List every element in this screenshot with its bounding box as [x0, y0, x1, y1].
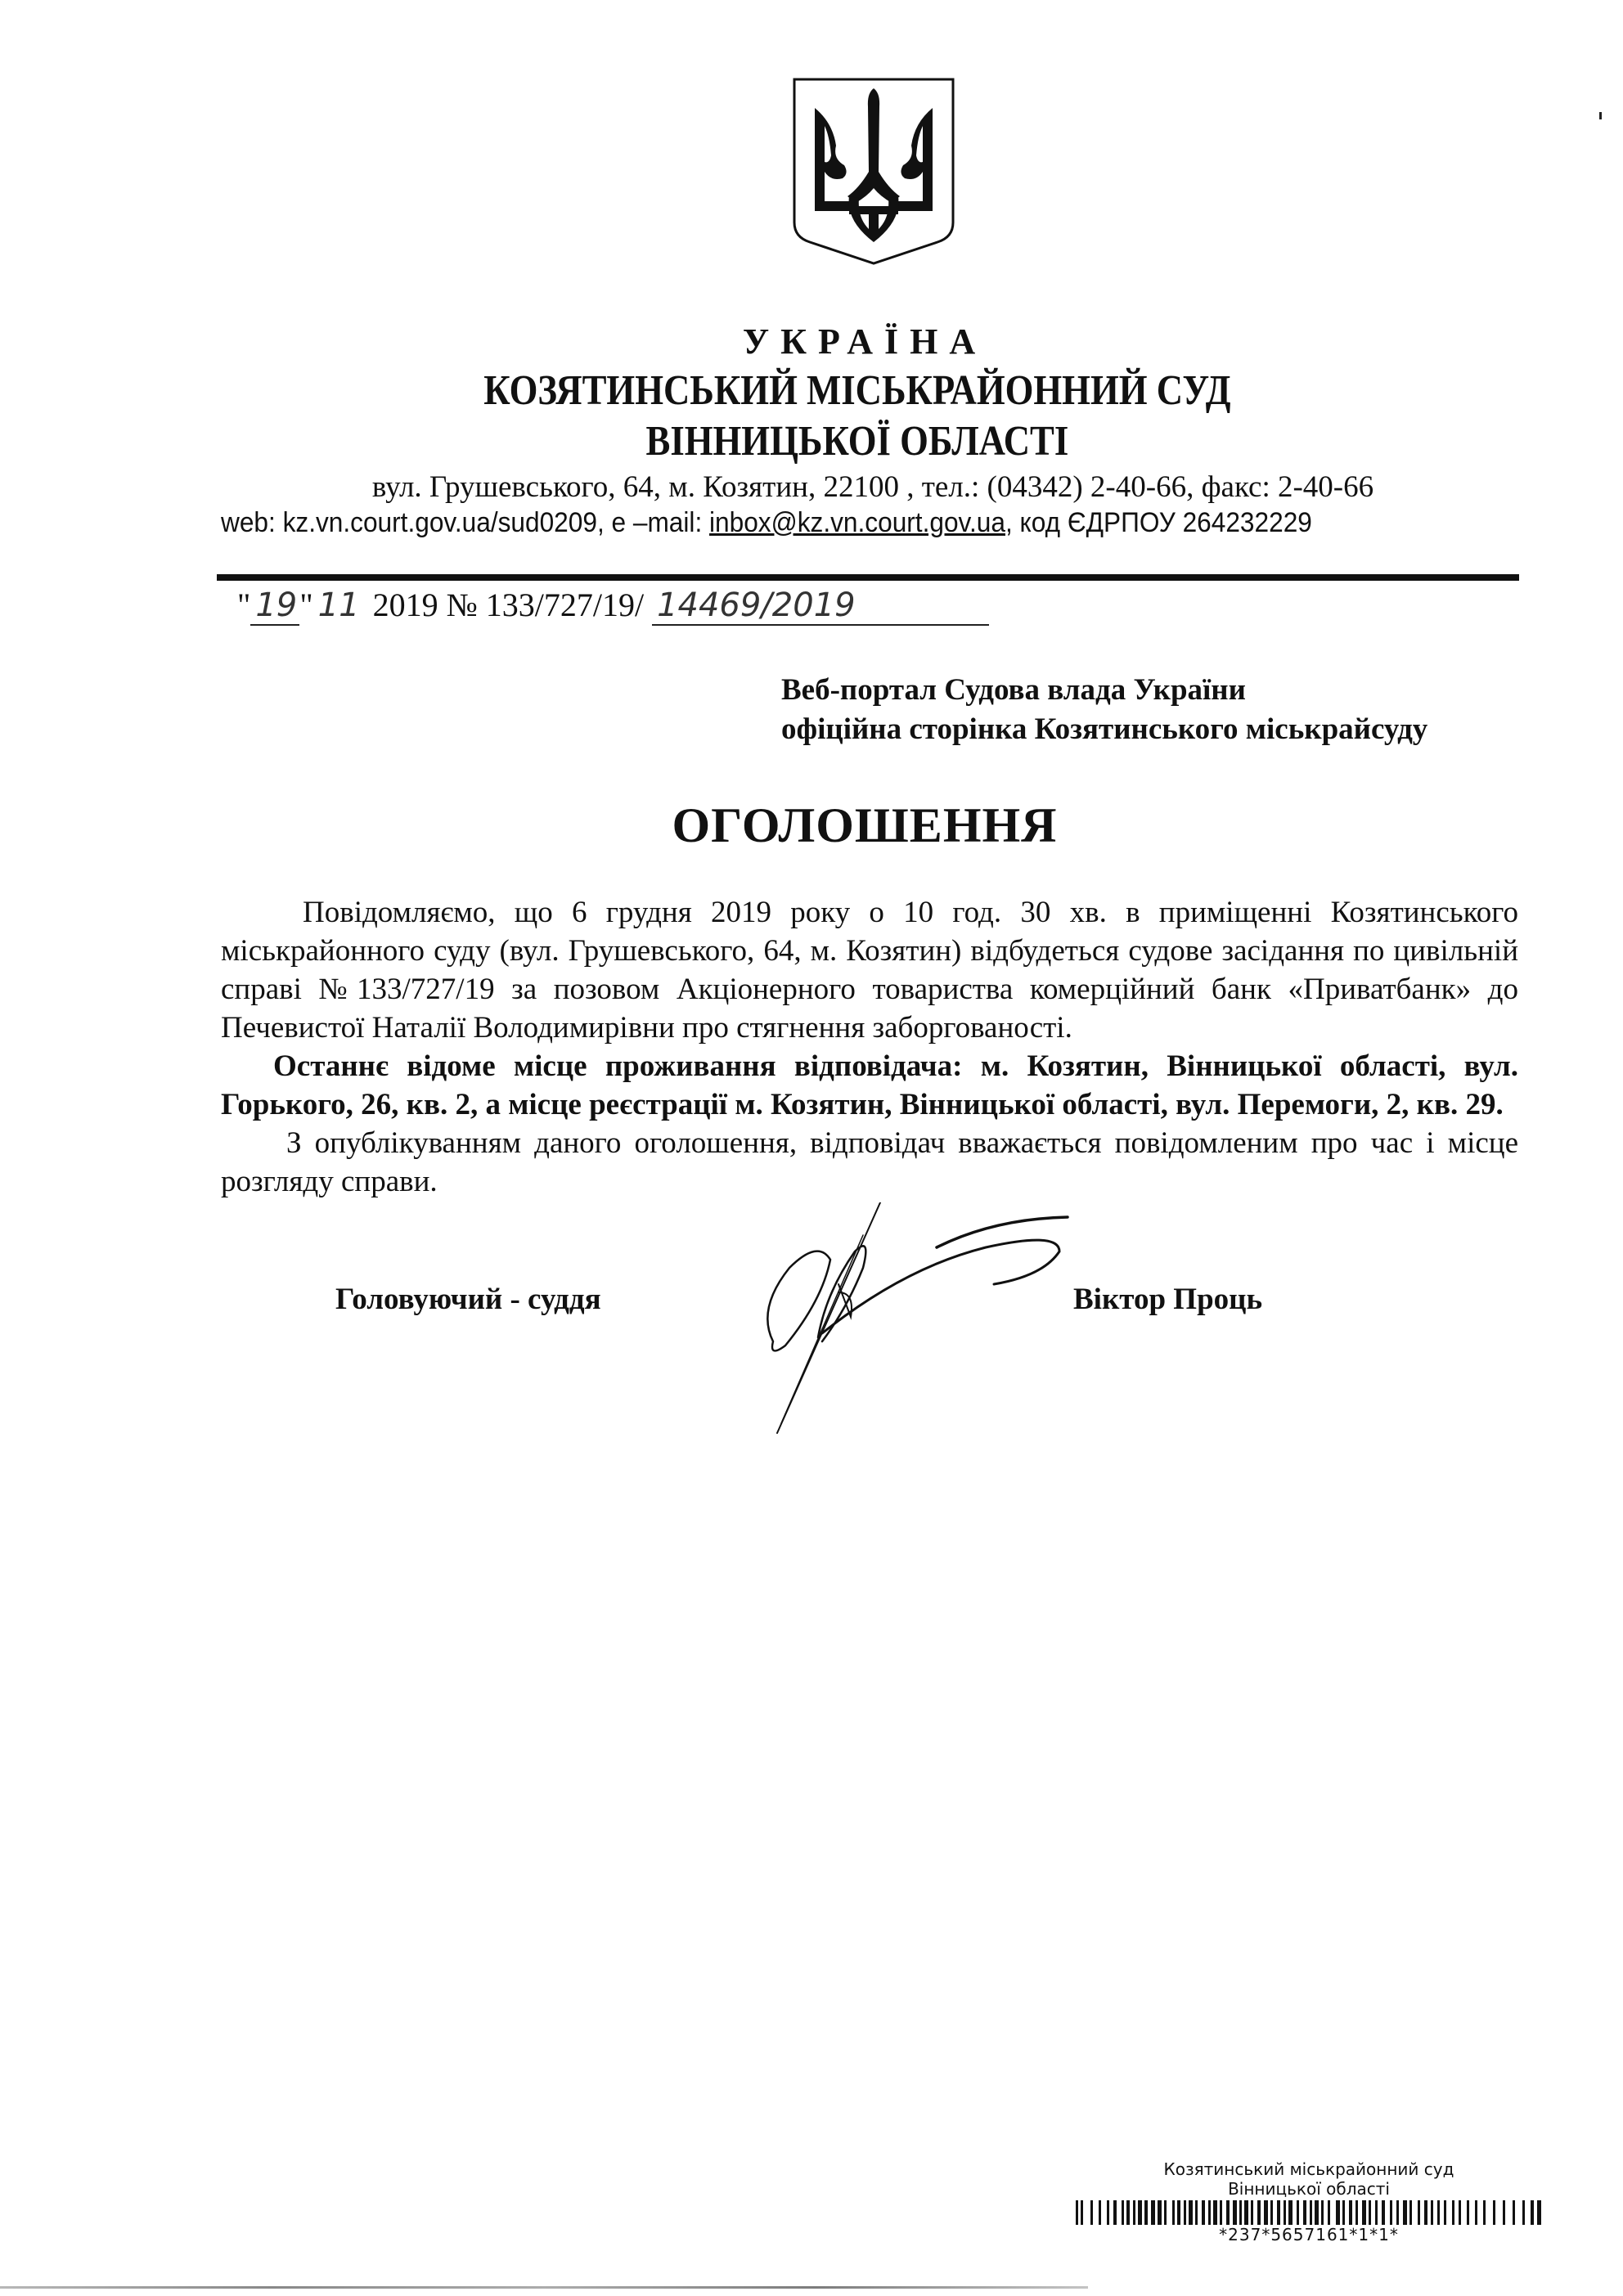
body-paragraph: З опублікуванням даного оголошення, відп…: [221, 1124, 1518, 1201]
court-contacts: web: kz.vn.court.gov.ua/sud0209, е –mail…: [221, 507, 1312, 539]
defendant-address-paragraph: Останнє відоме місце проживання відповід…: [221, 1047, 1518, 1124]
country-heading: УКРАЇНА: [0, 321, 1623, 362]
case-number: 2019 № 133/727/19/: [365, 586, 653, 623]
court-name-heading: КОЗЯТИНСЬКИЙ МІСЬКРАЙОННИЙ СУД: [114, 366, 1509, 415]
header-divider: [217, 574, 1519, 581]
stamp-court-name: Козятинський міськрайонний суд: [1072, 2159, 1546, 2179]
scan-speck: [1599, 112, 1602, 119]
addressee-block: Веб-портал Судова влада України офіційна…: [781, 671, 1427, 749]
announcement-body: Повідомляємо, що 6 грудня 2019 року о 10…: [221, 893, 1518, 1201]
handwritten-day: 19: [250, 586, 299, 626]
document-title: ОГОЛОШЕННЯ: [0, 798, 1623, 854]
email-link[interactable]: inbox@kz.vn.court.gov.ua: [709, 507, 1005, 538]
court-region-heading: ВІННИЦЬКОЇ ОБЛАСТІ: [114, 417, 1509, 465]
court-address: вул. Грушевського, 64, м. Козятин, 22100…: [0, 470, 1623, 505]
quote-mark: ": [237, 586, 250, 623]
scan-edge-shadow: [0, 2286, 1088, 2289]
edrpou-code: , код ЄДРПОУ 264232229: [1005, 507, 1312, 538]
quote-mark: ": [299, 586, 312, 623]
registration-line: "19"11 2019 № 133/727/19/ 14469/2019: [237, 586, 989, 626]
web-address: web: kz.vn.court.gov.ua/sud0209, е –mail…: [221, 507, 709, 538]
signer-name: Віктор Проць: [1073, 1282, 1262, 1317]
stamp-court-region: Вінницької області: [1072, 2179, 1546, 2199]
addressee-line: Веб-портал Судова влада України: [781, 671, 1427, 710]
signer-role: Головуючий - суддя: [335, 1282, 601, 1317]
handwritten-signature-icon: [740, 1202, 1166, 1448]
barcode-number: *237*5657161*1*1*: [1072, 2225, 1546, 2244]
handwritten-outgoing-number: 14469/2019: [652, 586, 989, 626]
registry-stamp: Козятинський міськрайонний суд Вінницько…: [1072, 2159, 1546, 2244]
body-paragraph: Повідомляємо, що 6 грудня 2019 року о 10…: [221, 893, 1518, 1047]
barcode-icon: [1076, 2200, 1542, 2225]
addressee-line: офіційна сторінка Козятинського міськрай…: [781, 710, 1427, 749]
coat-of-arms-icon: [792, 74, 955, 266]
handwritten-month: 11: [313, 586, 365, 624]
